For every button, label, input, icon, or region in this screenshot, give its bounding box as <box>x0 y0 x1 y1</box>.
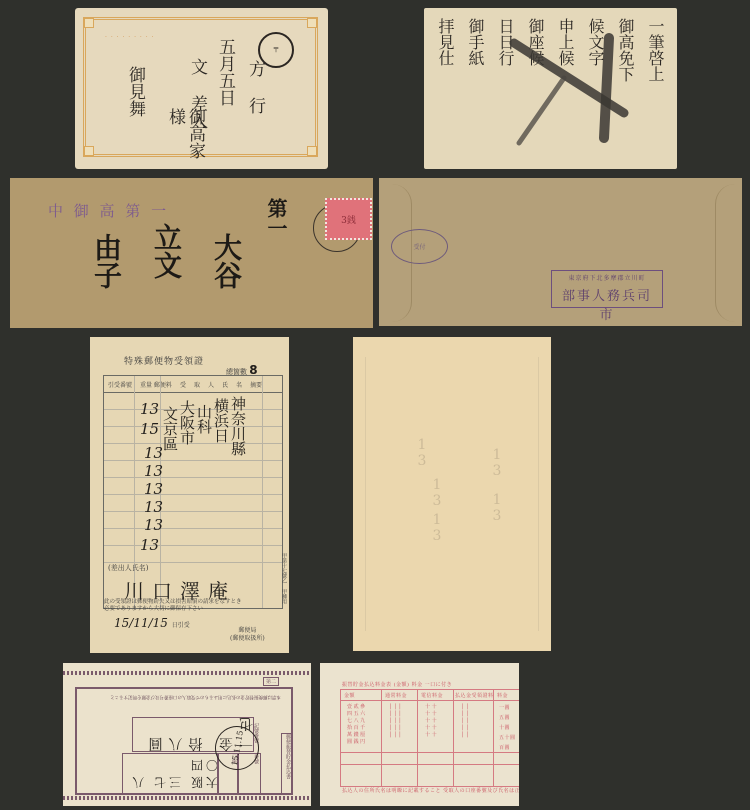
acceptance-date: 15/11/15 日引受 <box>114 616 190 630</box>
handwriting-column: 一筆啓上 <box>646 18 665 159</box>
fee-table: 金額 通常料金 電信料金 払込金受領證料 料金 一圓 五圓 十圓 五十圓 百圓 … <box>340 689 519 787</box>
cross-out-mark-icon <box>504 28 634 148</box>
postage-stamp: 3銭 <box>325 198 372 240</box>
frame-corner <box>307 146 317 156</box>
column-header: 氏 <box>218 380 232 389</box>
amount: 13 <box>144 462 163 480</box>
account-field: 大阪 三七 八〇四 <box>122 753 219 795</box>
table-header: 引受番號 重量 郵便料 受 取 人 氏 名 摘要 <box>104 376 282 393</box>
ruling-line <box>262 376 263 608</box>
ruling-line <box>134 376 135 608</box>
handwriting: 御⾒舞 <box>125 66 145 117</box>
sender-label: (差出人氏名) <box>108 563 148 573</box>
money-order-back: 振替貯金払込料金表 (金額) 料金 一口に付き 金額 通常料金 電信料金 払込金… <box>320 663 519 806</box>
handwriting: 方 ⾏ <box>245 60 265 114</box>
handstamp-address: 東京府下北多摩郡立川町 <box>556 273 658 282</box>
ruling-line <box>104 545 282 546</box>
column-header: 料金 <box>497 692 508 699</box>
handwriting-column: ⼤⾕ <box>210 233 242 289</box>
cover-back: 受付 東京府下北多摩郡立川町 部事人務兵司市 <box>379 178 742 326</box>
show-through-text: 13 <box>428 477 445 509</box>
addressee-name: 横浜⽇ <box>212 398 229 443</box>
date-suffix: 日引受 <box>172 622 190 629</box>
header-text: 振替貯金払込料金表 (金額) 料金 一口に付き <box>342 681 452 688</box>
addressee-name: ⽂京區 <box>161 406 178 451</box>
ruling-line <box>104 511 282 512</box>
amount: 13 <box>144 480 163 498</box>
addressee-name: ⼤阪市 <box>178 400 195 445</box>
footer-text: 払込人の住所氏名は明瞭に記載すること 受取人の口座番號及び氏名は正確に記載するこ… <box>342 787 519 794</box>
perforation <box>63 796 311 800</box>
instructions: 本票は郵便振替貯金の払込に用ふるもので受取人の口座番号及び金額を明記すること <box>81 693 281 699</box>
money-order-front: 第二 本票は郵便振替貯金の払込に用ふるもので受取人の口座番号及び金額を明記するこ… <box>63 663 311 806</box>
show-through-grid <box>365 357 539 631</box>
column-header: 名 <box>232 380 246 389</box>
column-header: 通常料金 <box>385 692 407 699</box>
receipt-notice: 此の受領證は郵便物紛失又は損害賠償の請求をなすとき 必要でありますから大切に御保… <box>104 599 282 613</box>
post-office-label: 郵便局 (郵便取扱所) <box>230 627 265 643</box>
receipt-title: 特殊郵便物受領證 <box>124 354 204 367</box>
show-through-text: 13 <box>488 492 505 524</box>
printed-legend: · · · · · · · · · <box>105 34 154 41</box>
row-label: 一圓 <box>499 704 510 711</box>
oval-cachet: 受付 <box>391 229 448 264</box>
office-line: 郵便局 <box>230 627 265 635</box>
cover-front: 3銭 中 御 高 第 一 第⼀ ⼤⾕ ⽴⽂ 由⼦ <box>10 178 373 328</box>
column-header: 人 <box>204 380 218 389</box>
handwriting: 御⾼家様 <box>165 108 205 169</box>
ruling-line <box>104 477 282 478</box>
amount: 13 <box>140 400 159 418</box>
column-header: 金額 <box>344 692 355 699</box>
handwriting-column: 拝⾒仕 <box>436 18 455 159</box>
handwriting-column: 由⼦ <box>90 233 122 289</box>
addressee-name: 神奈川縣 <box>229 396 246 456</box>
perforation <box>63 671 311 675</box>
handstamp-unit: 部事人務兵司市 <box>556 285 658 323</box>
show-through-text: 13 <box>488 447 505 479</box>
date-value: 15/11/15 <box>114 616 168 630</box>
column-header: 取 <box>190 380 204 389</box>
postal-card-message-side: 一筆啓上 御⾼免下 候⽂字 申上候 御座候 ⽇⽇⾏ 御⼿紙 拝⾒仕 <box>424 8 677 169</box>
money-order-frame: 本票は郵便振替貯金の払込に用ふるもので受取人の口座番号及び金額を明記すること 一… <box>75 687 293 795</box>
handwriting-column: ⽴⽂ <box>150 223 182 279</box>
side-label: 郵便振替貯金払込書 <box>281 733 293 795</box>
amount: 15 <box>140 420 159 438</box>
column-header: 受 <box>176 380 190 389</box>
amount: 13 <box>144 516 163 534</box>
receipt-table: 引受番號 重量 郵便料 受 取 人 氏 名 摘要 13 15 13 13 13 … <box>103 375 283 609</box>
show-through-text: 13 <box>428 512 445 544</box>
column-header: 重量 郵便料 <box>136 380 176 389</box>
notice-line: 此の受領證は郵便物紛失又は損害賠償の請求をなすとき <box>104 599 282 606</box>
column-header: 払込金受領證料 <box>455 692 494 699</box>
ruling-line <box>104 494 282 495</box>
addressee-name: ⼭科 <box>195 404 212 434</box>
row-label: 百圓 <box>499 744 510 751</box>
show-through-text: 13 <box>413 437 430 469</box>
frame-corner <box>84 18 94 28</box>
frame-corner <box>84 146 94 156</box>
row-label: 五十圓 <box>499 734 516 741</box>
form-number: 甲第十七號乙 甲種用 <box>281 553 288 604</box>
row-label: 十圓 <box>499 724 510 731</box>
frame-corner <box>307 18 317 28</box>
handwriting-column: 御⼿紙 <box>466 18 485 159</box>
postal-card-front: · · · · · · · · · 〒 方 ⾏ 五⽉五⽇ ⽂ 差⼊ 御⾼家様 御… <box>75 8 328 169</box>
amount: 13 <box>144 498 163 516</box>
column-header: 電信料金 <box>421 692 443 699</box>
office-line: (郵便取扱所) <box>230 635 265 643</box>
handwriting: 五⽉五⽇ <box>215 38 235 106</box>
registered-mail-receipt: 特殊郵便物受領證 總箇數 8 引受番號 重量 郵便料 受 取 人 氏 名 摘要 … <box>90 337 289 653</box>
purple-handstamp: 中 御 高 第 一 <box>48 200 169 221</box>
amount: 13 <box>140 536 159 554</box>
receipt-reverse-side: 13 13 13 13 13 <box>353 337 551 651</box>
notice-line: 必要でありますから大切に御保存下さい <box>104 606 282 613</box>
boxed-handstamp: 東京府下北多摩郡立川町 部事人務兵司市 <box>551 270 663 308</box>
form-tag: 第二 <box>263 677 279 686</box>
row-label: 五圓 <box>499 714 510 721</box>
handwriting-column: 第⼀ <box>260 198 292 238</box>
ruling-line <box>104 460 282 461</box>
ruling-line <box>104 528 282 529</box>
column-header: 摘要 <box>246 380 266 389</box>
envelope-flap <box>715 184 736 322</box>
column-header: 引受番號 <box>104 380 136 389</box>
